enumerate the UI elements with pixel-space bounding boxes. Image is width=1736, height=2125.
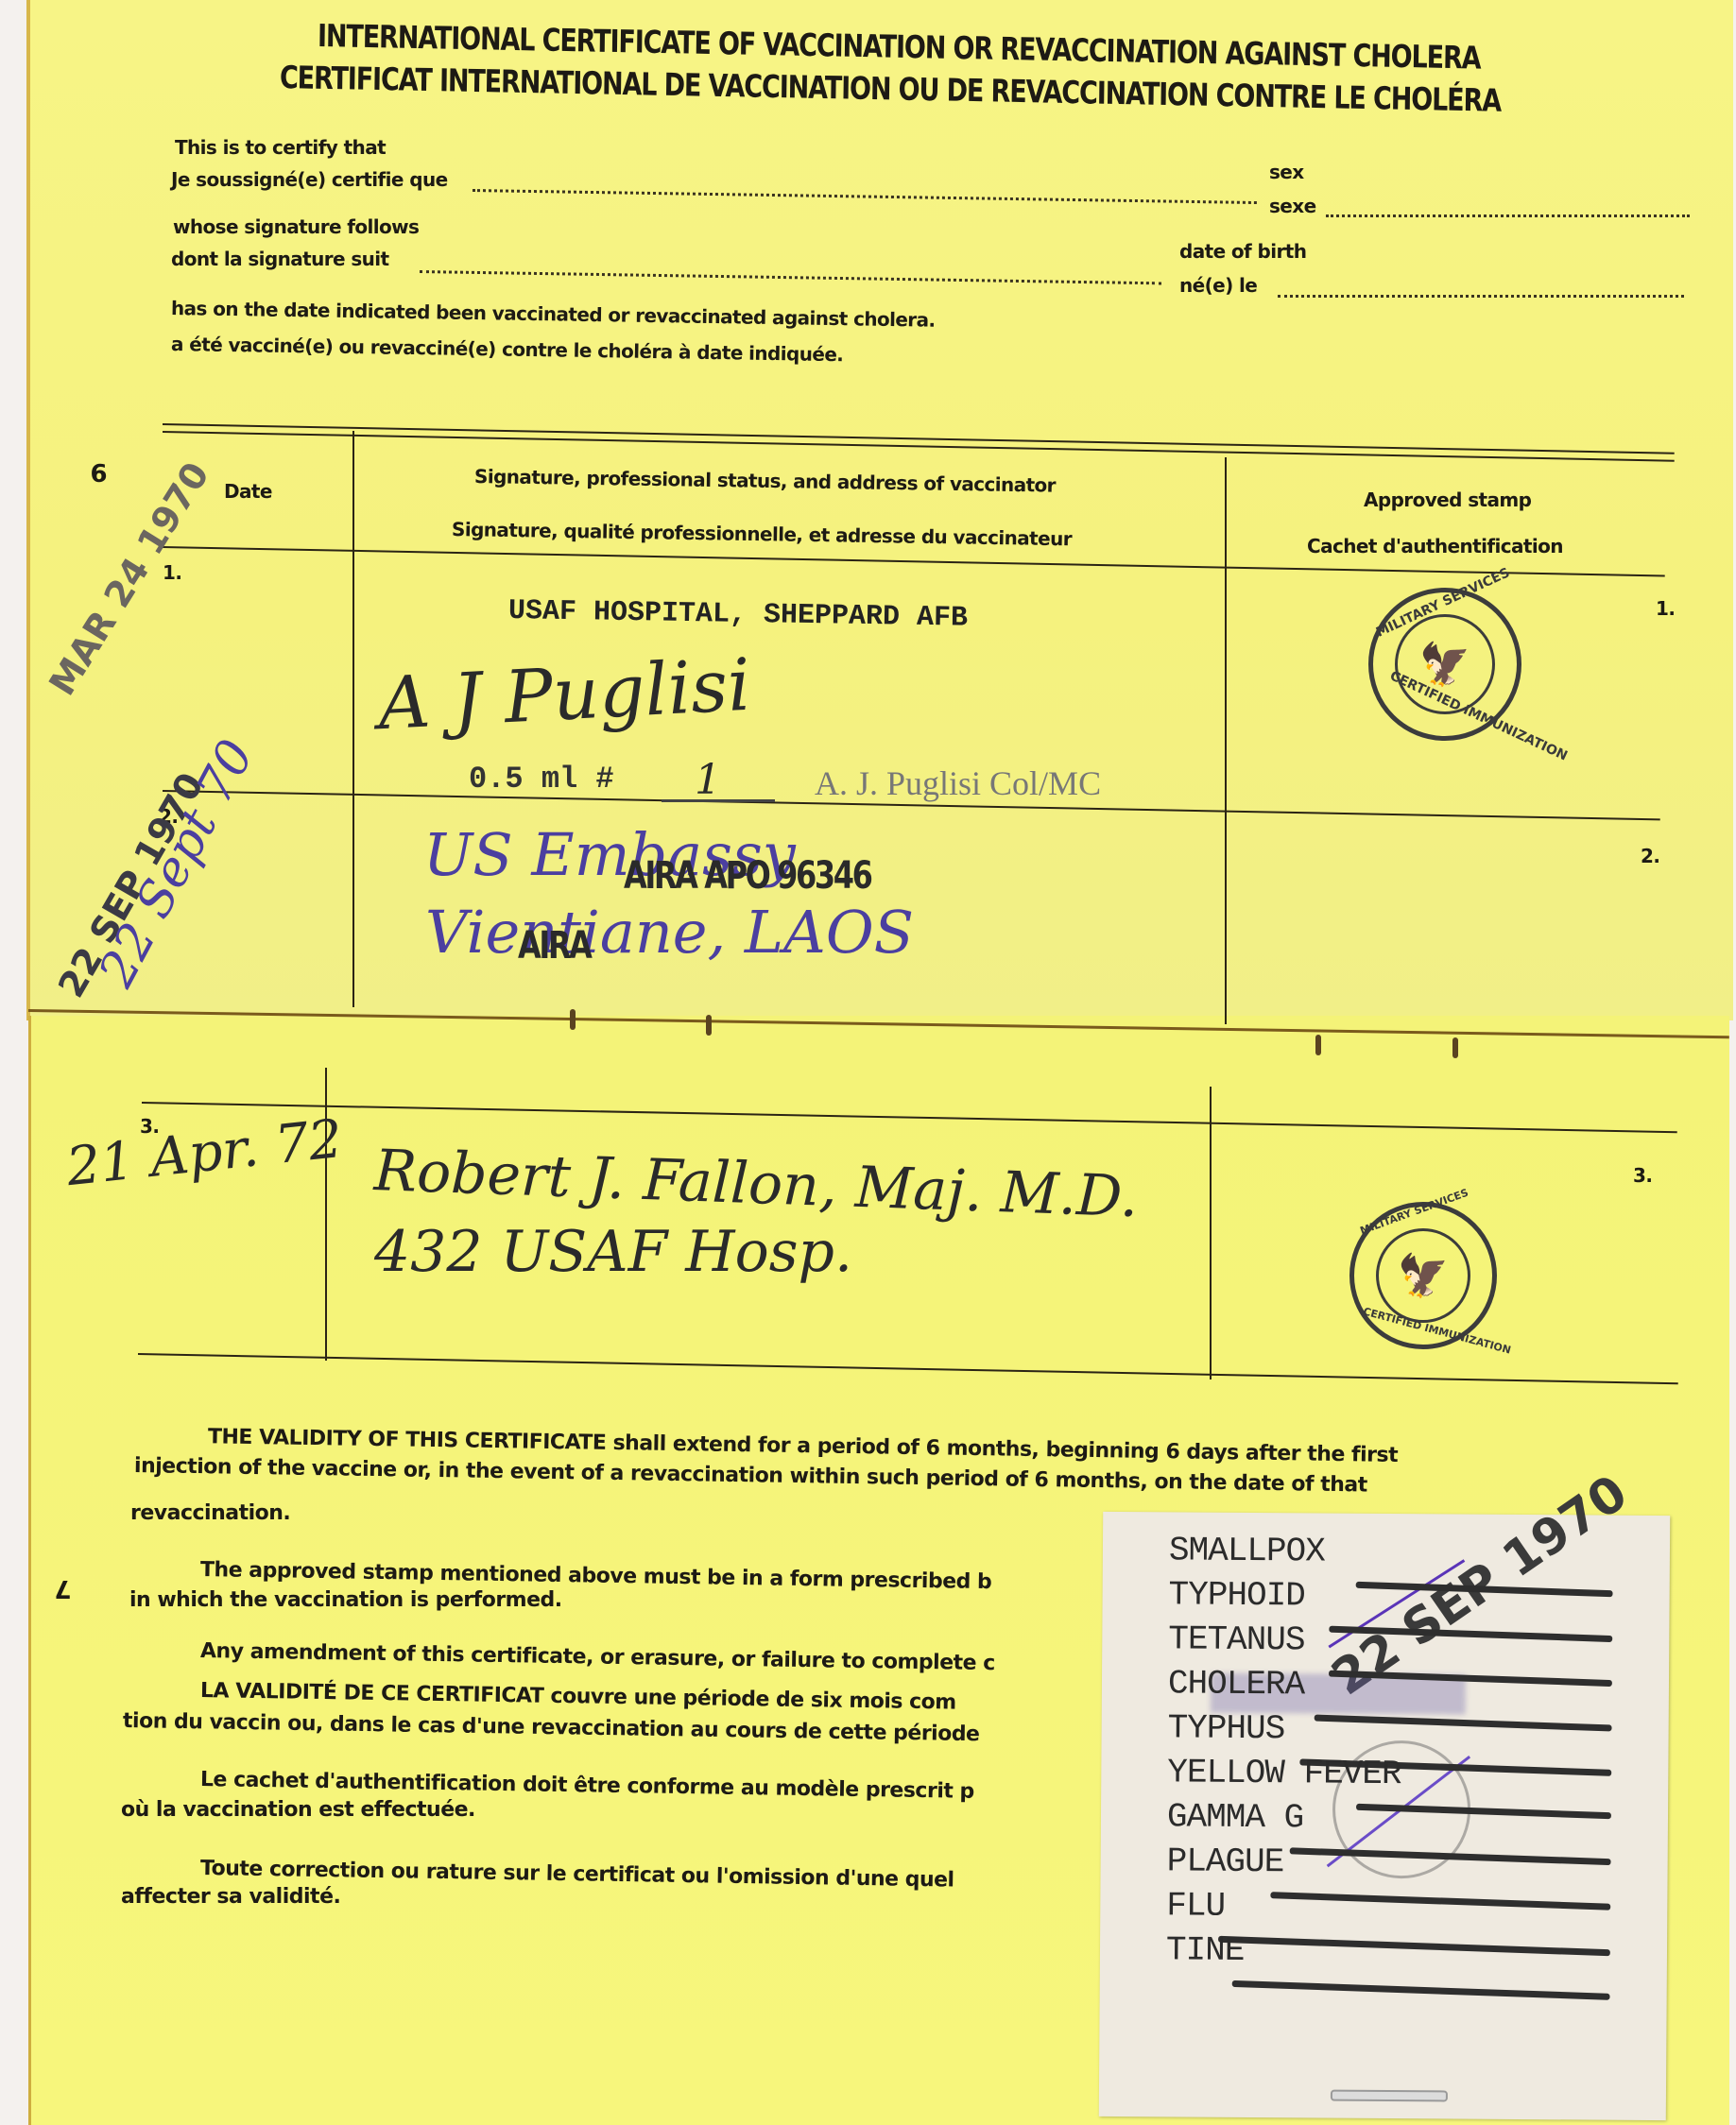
certify-label-en: This is to certify that	[175, 136, 386, 159]
signature-label-fr: dont la signature suit	[171, 248, 389, 270]
sex-label-en: sex	[1269, 161, 1304, 183]
card-vaccine-label: CHOLERA	[1168, 1664, 1305, 1704]
card-vaccine-entry-line	[1315, 1714, 1612, 1731]
signature-label-en: whose signature follows	[173, 215, 419, 238]
card-vaccine-entry-line	[1218, 1936, 1610, 1956]
row-2-aira-stamp: AIRA APO 96346	[624, 854, 871, 898]
sex-field[interactable]	[1326, 214, 1690, 217]
eagle-icon: 🦅	[1376, 1228, 1470, 1323]
row-1-vaccinator-typed: A. J. Puglisi Col/MC	[815, 763, 1101, 803]
table-col-divider	[1210, 1087, 1212, 1380]
row-1-number-right: 1.	[1656, 597, 1675, 620]
validity-paragraph-1-line-3: revaccination.	[130, 1500, 290, 1527]
card-vaccine-label: SMALLPOX	[1169, 1531, 1325, 1570]
row-1-number: 1.	[163, 561, 181, 584]
row-3-number-right: 3.	[1633, 1164, 1652, 1187]
row-2-number-right: 2.	[1641, 845, 1659, 867]
binding-hole	[706, 1015, 712, 1036]
row-2-aira-stamp-2: AIRA	[518, 924, 590, 968]
dob-label-fr: né(e) le	[1179, 274, 1257, 297]
staple-icon	[1331, 2090, 1448, 2102]
card-vaccine-label: GAMMA G	[1167, 1797, 1304, 1837]
row-1-dose: 0.5 ml #	[469, 762, 614, 797]
card-vaccine-label: TYPHUS	[1168, 1708, 1285, 1748]
page-number-top: 9	[91, 457, 108, 486]
certify-label-fr: Je soussigné(e) certifie que	[171, 168, 448, 191]
card-vaccine-label: TINE	[1166, 1930, 1245, 1970]
correction-paragraph-line-2: affecter sa validité.	[121, 1884, 340, 1911]
card-vaccine-label: YELLOW FEVER	[1167, 1753, 1401, 1793]
validity-lead: THE VALIDITY OF THIS CERTIFICATE	[208, 1425, 607, 1455]
validite-lead: LA VALIDITÉ DE CE CERTIFICAT	[200, 1679, 544, 1708]
card-vaccine-label: TYPHOID	[1168, 1575, 1305, 1615]
row-2-address-line-2: Vientiane, LAOS	[425, 898, 914, 967]
header-stamp-fr: Cachet d'authentification	[1307, 535, 1563, 557]
card-vaccine-entry-line	[1232, 1980, 1610, 2000]
card-vaccine-label: PLAGUE	[1167, 1842, 1284, 1881]
card-vaccine-label: FLU	[1166, 1886, 1225, 1925]
sex-label-fr: sexe	[1269, 195, 1316, 217]
dob-field[interactable]	[1278, 295, 1684, 298]
cachet-paragraph-line-2: où la vaccination est effectuée.	[121, 1797, 475, 1824]
card-vaccine-entry-line	[1270, 1892, 1610, 1911]
dob-label-en: date of birth	[1179, 240, 1306, 263]
table-col-divider	[1225, 457, 1227, 1024]
page-number-bottom: 7	[55, 1574, 72, 1602]
stamp-paragraph-line-2: in which the vaccination is performed.	[129, 1587, 562, 1614]
attached-immunization-card: 22 SEP 1970 SMALLPOXTYPHOIDTETANUSCHOLER…	[1099, 1512, 1670, 2120]
binding-hole	[1452, 1037, 1458, 1058]
row-1-dose-underline	[662, 799, 775, 802]
card-vaccine-label: TETANUS	[1168, 1619, 1305, 1659]
header-stamp-en: Approved stamp	[1364, 488, 1531, 511]
row-3-address: 432 USAF Hosp.	[374, 1219, 852, 1285]
header-date: Date	[224, 480, 272, 503]
table-col-divider	[352, 431, 354, 1007]
row-1-dose-number: 1	[695, 756, 721, 804]
binding-hole	[570, 1009, 576, 1030]
binding-hole	[1315, 1035, 1321, 1055]
